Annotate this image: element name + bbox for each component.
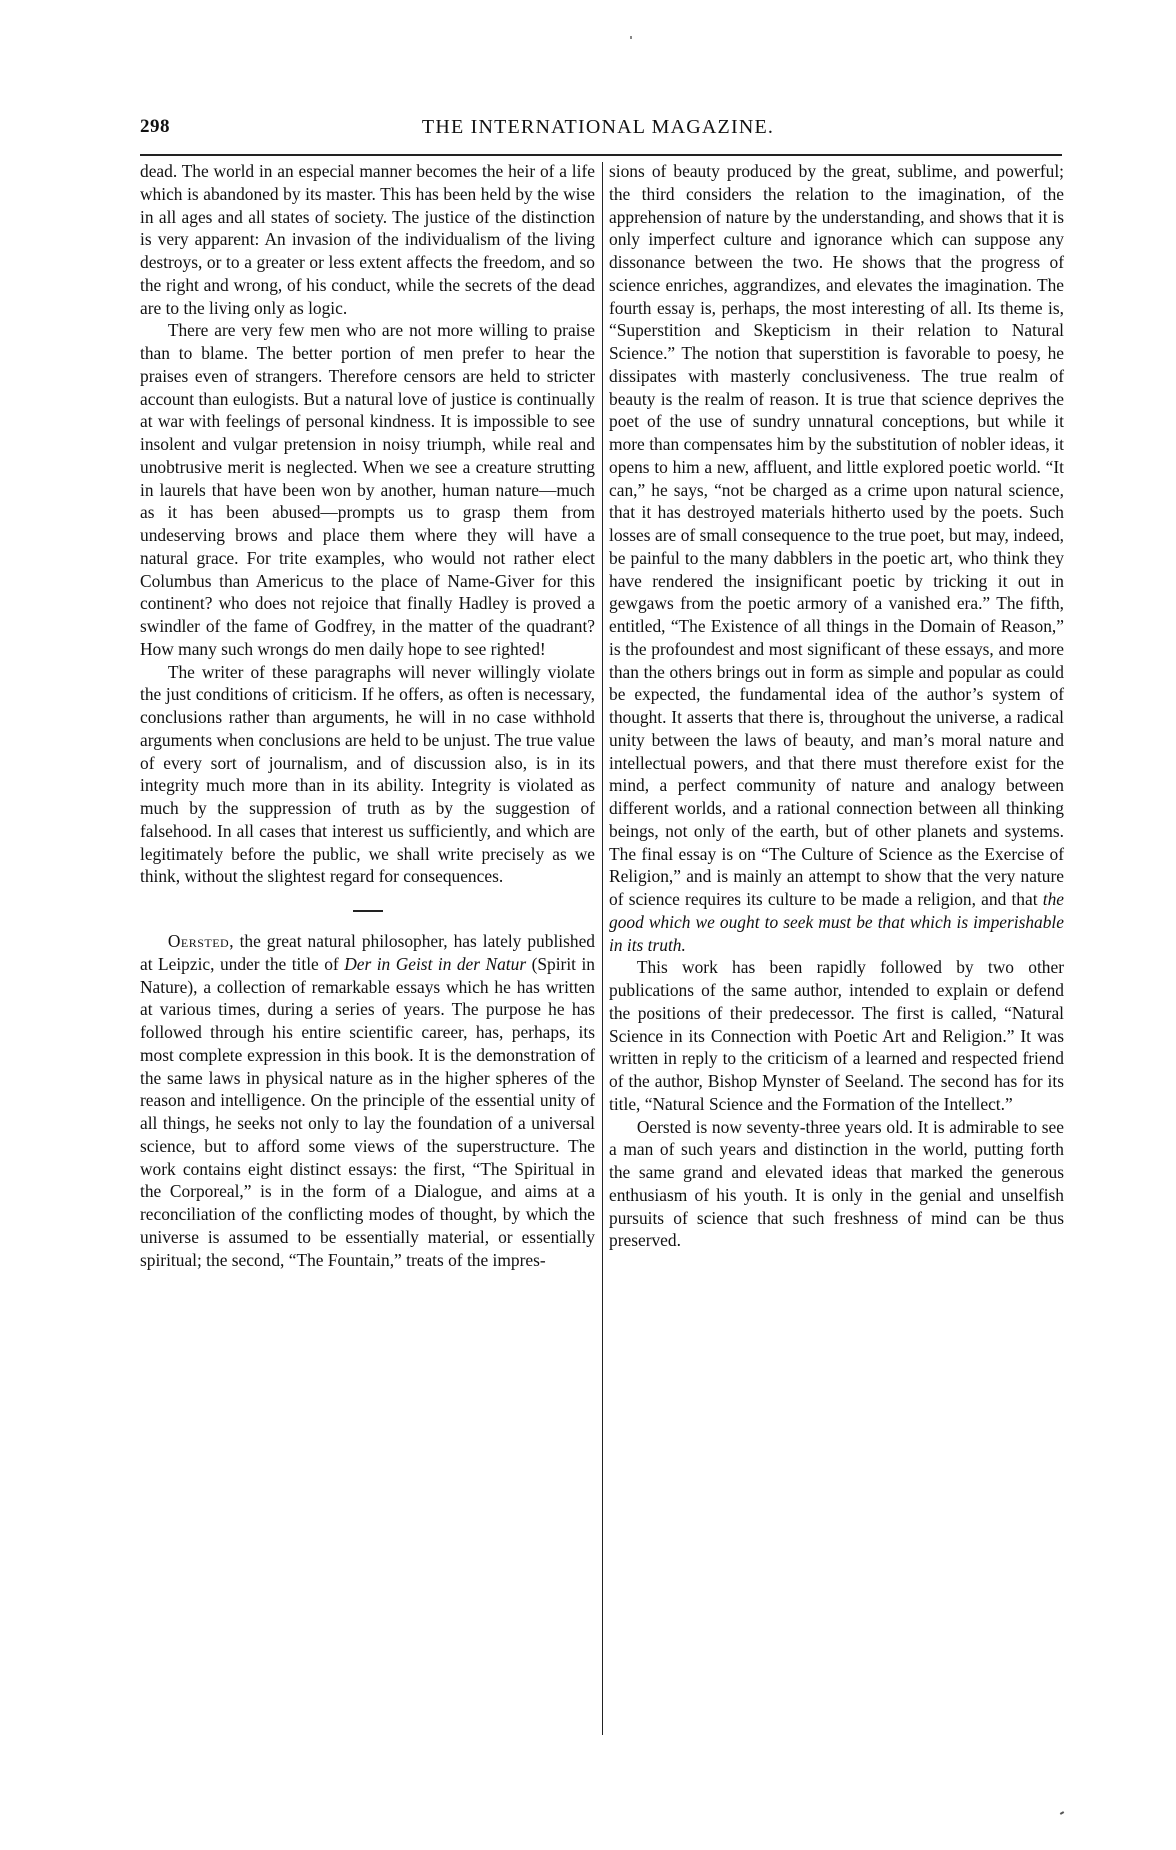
- oersted-name: Oersted: [168, 931, 229, 951]
- paragraph-oersted-age: Oersted is now seventy-three years old. …: [609, 1116, 1064, 1253]
- paragraph-criticism: The writer of these paragraphs will neve…: [140, 661, 595, 889]
- column-divider: [602, 162, 603, 1735]
- scan-mark: [1060, 1811, 1064, 1815]
- book-title: Der in Geist in der Natur: [344, 954, 526, 974]
- paragraph-praise-blame: There are very few men who are not more …: [140, 319, 595, 660]
- section-separator: [353, 910, 383, 912]
- paragraph-dead-secrets: dead. The world in an especial manner be…: [140, 160, 595, 319]
- header-rule: [140, 154, 1062, 156]
- right-column: sions of beauty produced by the great, s…: [609, 160, 1064, 1252]
- paragraph-essays-continued: sions of beauty produced by the great, s…: [609, 160, 1064, 956]
- running-title: THE INTERNATIONAL MAGAZINE.: [0, 116, 1176, 139]
- paragraph-oersted-intro: Oersted, the great natural philosopher, …: [140, 930, 595, 1271]
- essays-text: sions of beauty produced by the great, s…: [609, 161, 1064, 909]
- oersted-text-2: (Spirit in Nature), a collection of rema…: [140, 954, 595, 1270]
- left-column: dead. The world in an especial manner be…: [140, 160, 595, 1271]
- paragraph-other-publications: This work has been rapidly followed by t…: [609, 956, 1064, 1115]
- scan-mark: [630, 36, 632, 39]
